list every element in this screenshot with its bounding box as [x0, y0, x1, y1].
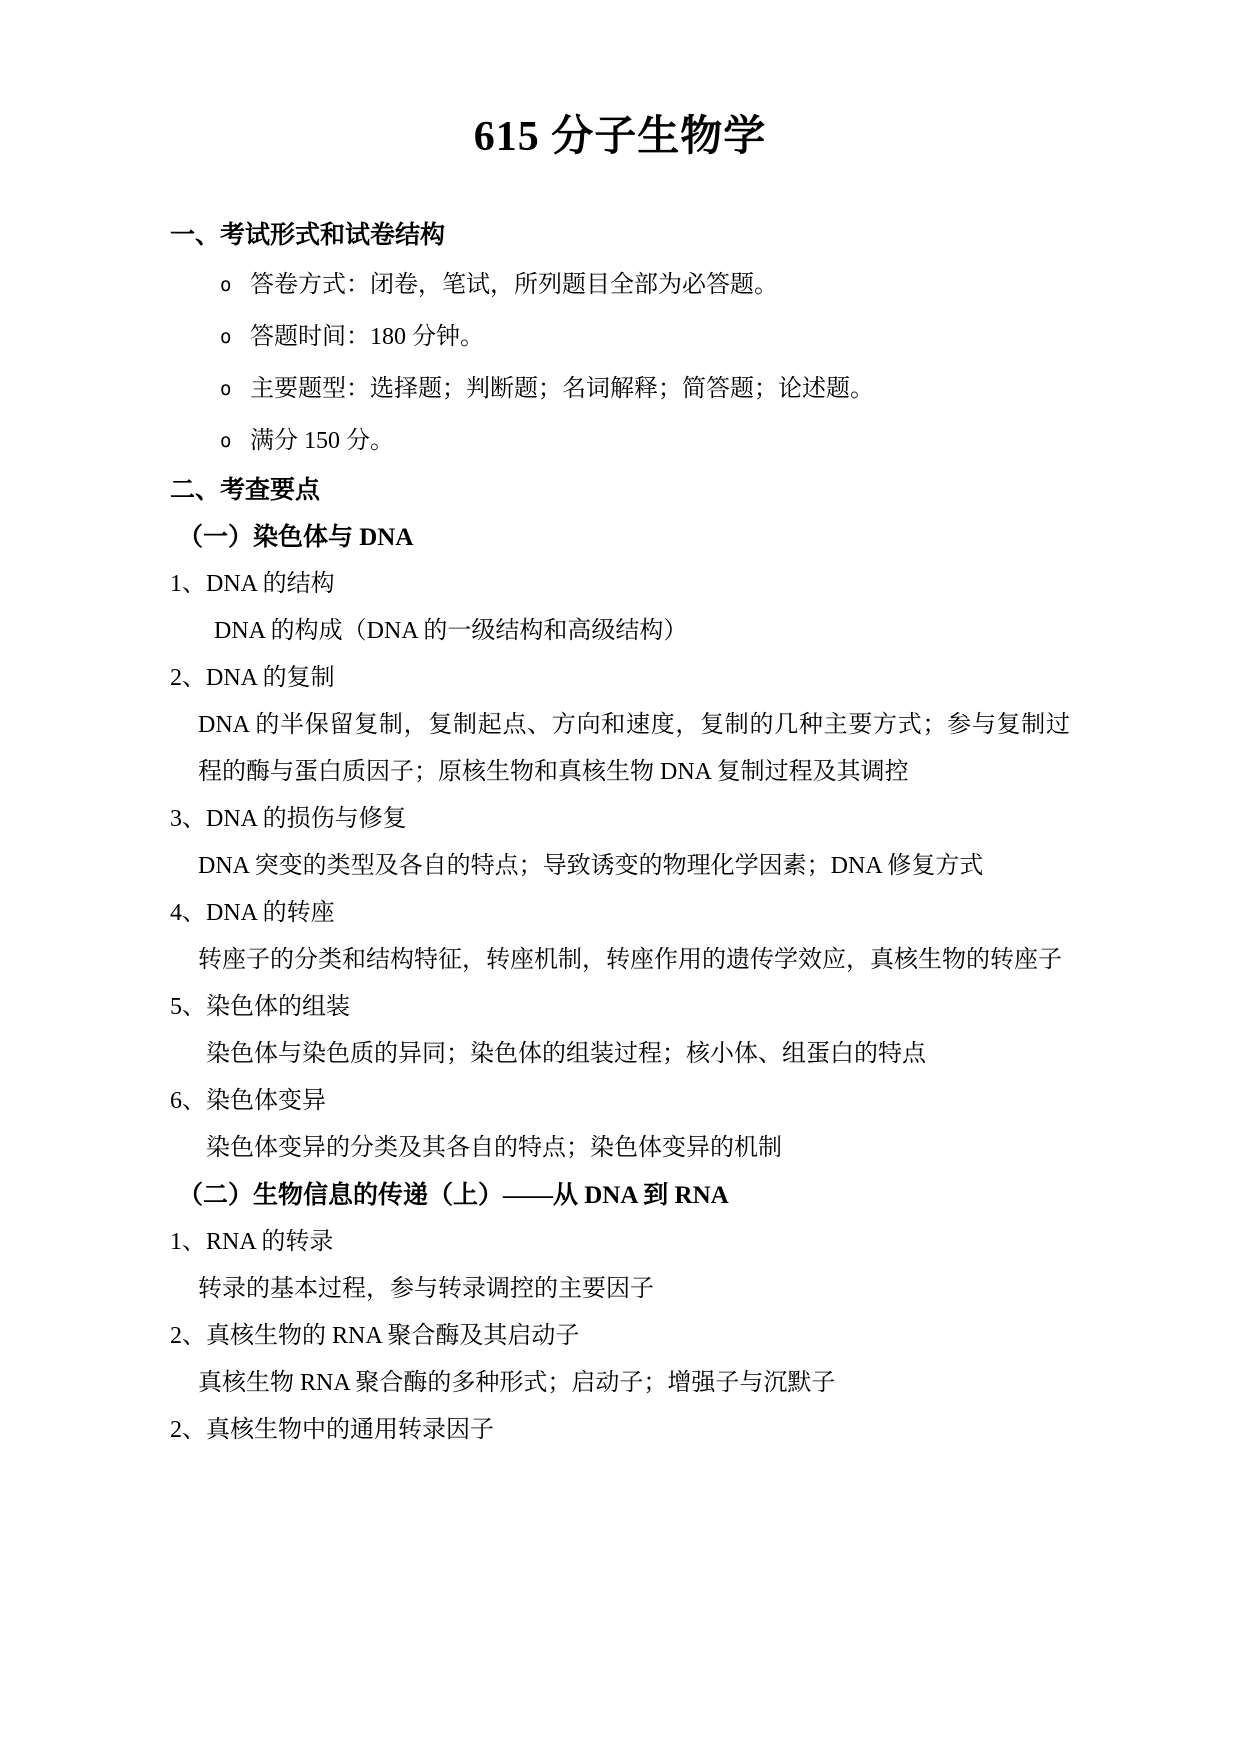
item-label: 2、真核生物中的通用转录因子	[170, 1407, 1070, 1454]
item-detail: 真核生物 RNA 聚合酶的多种形式；启动子；增强子与沉默子	[170, 1360, 1070, 1407]
item-detail: DNA 突变的类型及各自的特点；导致诱变的物理化学因素；DNA 修复方式	[170, 843, 1070, 890]
section-exam-format-heading: 一、考试形式和试卷结构	[170, 212, 1070, 259]
list-item: o主要题型：选择题；判断题；名词解释；简答题；论述题。	[170, 363, 1070, 415]
section-key-points-heading: 二、考查要点	[170, 467, 1070, 514]
bullet-marker: o	[220, 363, 250, 415]
item-detail: 染色体与染色质的异同；染色体的组装过程；核小体、组蛋白的特点	[170, 1031, 1070, 1078]
item-label: 1、DNA 的结构	[170, 561, 1070, 608]
list-item: o满分 150 分。	[170, 415, 1070, 467]
list-item: o答卷方式：闭卷，笔试，所列题目全部为必答题。	[170, 259, 1070, 311]
item-label: 4、DNA 的转座	[170, 890, 1070, 937]
document-title: 615 分子生物学	[170, 108, 1070, 166]
bullet-text: 答卷方式：闭卷，笔试，所列题目全部为必答题。	[250, 272, 778, 298]
item-detail: DNA 的构成（DNA 的一级结构和高级结构）	[170, 608, 1070, 655]
item-label: 5、染色体的组装	[170, 984, 1070, 1031]
item-detail: 转座子的分类和结构特征，转座机制，转座作用的遗传学效应，真核生物的转座子	[170, 937, 1070, 984]
bullet-marker: o	[220, 259, 250, 311]
bullet-marker: o	[220, 311, 250, 363]
list-item: o答题时间：180 分钟。	[170, 311, 1070, 363]
item-label: 2、真核生物的 RNA 聚合酶及其启动子	[170, 1313, 1070, 1360]
item-detail: 染色体变异的分类及其各自的特点；染色体变异的机制	[170, 1125, 1070, 1172]
bullet-marker: o	[220, 415, 250, 467]
item-detail: DNA 的半保留复制，复制起点、方向和速度，复制的几种主要方式；参与复制过程的酶…	[170, 702, 1070, 796]
item-label: 1、RNA 的转录	[170, 1219, 1070, 1266]
bullet-text: 满分 150 分。	[250, 428, 394, 454]
item-label: 3、DNA 的损伤与修复	[170, 796, 1070, 843]
document-page: 615 分子生物学 一、考试形式和试卷结构 o答卷方式：闭卷，笔试，所列题目全部…	[0, 0, 1240, 1754]
subsection-1-heading: （一）染色体与 DNA	[170, 514, 1070, 561]
item-detail: 转录的基本过程，参与转录调控的主要因子	[170, 1266, 1070, 1313]
subsection-2-heading: （二）生物信息的传递（上）——从 DNA 到 RNA	[170, 1172, 1070, 1219]
item-label: 6、染色体变异	[170, 1078, 1070, 1125]
item-label: 2、DNA 的复制	[170, 655, 1070, 702]
bullet-text: 主要题型：选择题；判断题；名词解释；简答题；论述题。	[250, 376, 874, 402]
bullet-text: 答题时间：180 分钟。	[250, 324, 484, 350]
